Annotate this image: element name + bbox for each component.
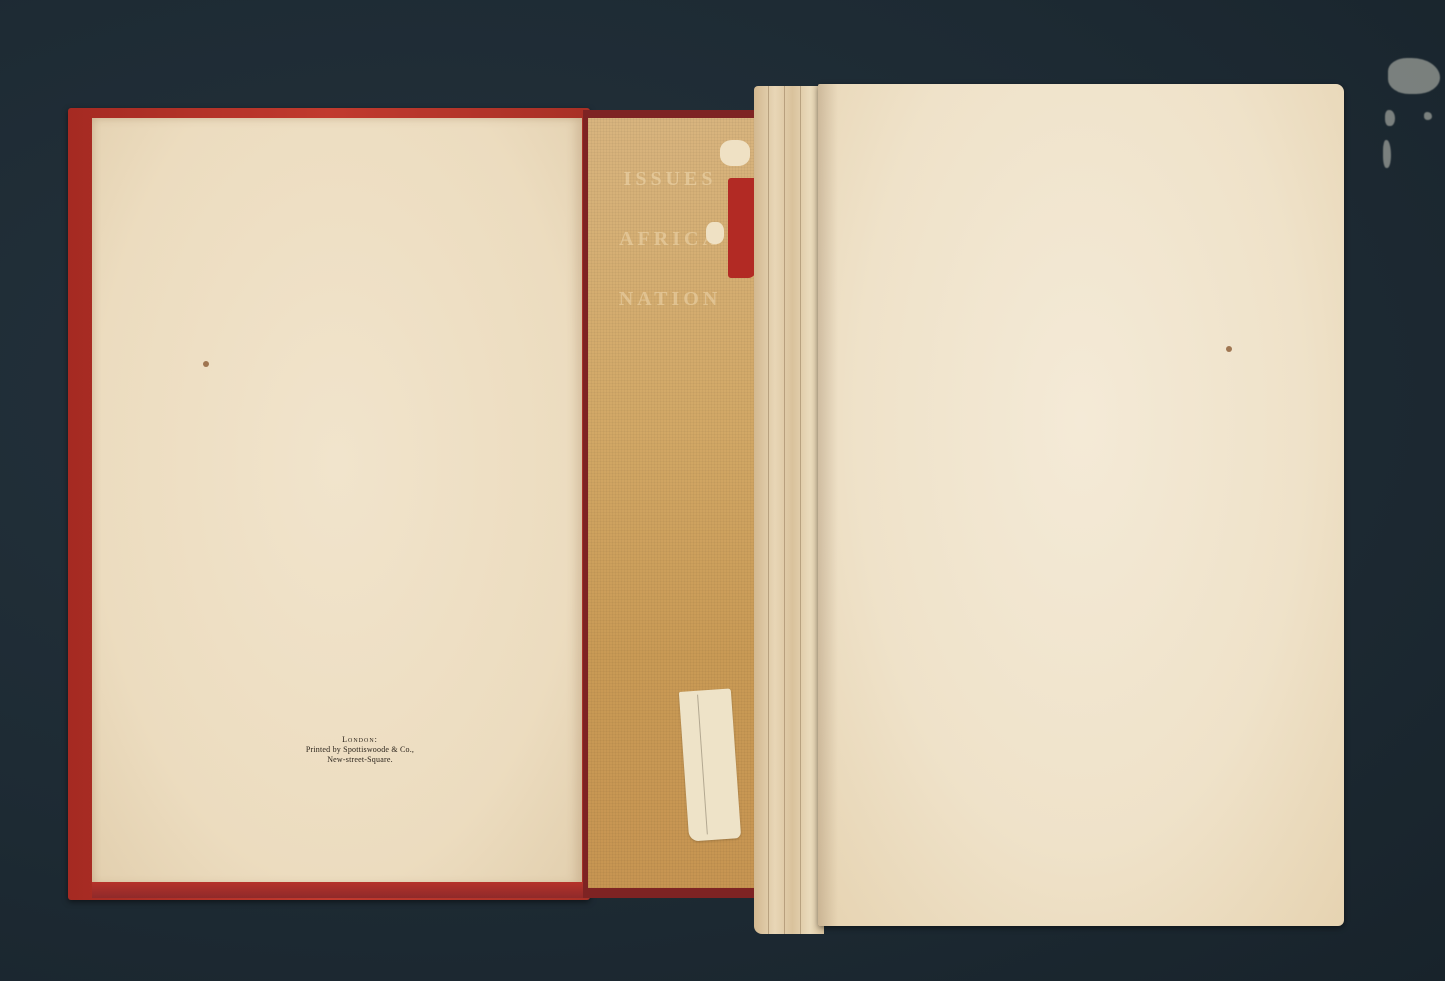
left-page bbox=[92, 118, 582, 885]
background-speck bbox=[1385, 110, 1395, 126]
background-speck bbox=[1388, 58, 1440, 94]
book-photo: London: Printed by Spottiswoode & Co., N… bbox=[0, 0, 1445, 981]
cover-bottom-edge bbox=[92, 882, 587, 898]
spine-flake bbox=[706, 222, 724, 244]
spine-lettering: ISSUES bbox=[600, 168, 740, 191]
gutter-shadow bbox=[818, 84, 838, 926]
page-block-edge bbox=[754, 86, 824, 934]
foxing-spot bbox=[1226, 346, 1232, 352]
imprint-printer: Printed by Spottiswoode & Co., bbox=[270, 745, 450, 755]
spine-flake bbox=[720, 140, 750, 166]
printer-imprint: London: Printed by Spottiswoode & Co., N… bbox=[270, 735, 450, 765]
spine-red-remnant bbox=[728, 178, 756, 278]
background-speck bbox=[1383, 140, 1391, 168]
background-speck bbox=[1424, 112, 1432, 120]
foxing-spot bbox=[203, 361, 209, 367]
right-page bbox=[818, 84, 1344, 926]
spine-lettering: NATION bbox=[600, 288, 740, 311]
imprint-city: London: bbox=[270, 735, 450, 745]
torn-paper-label bbox=[679, 688, 741, 841]
imprint-address: New-street-Square. bbox=[270, 755, 450, 765]
